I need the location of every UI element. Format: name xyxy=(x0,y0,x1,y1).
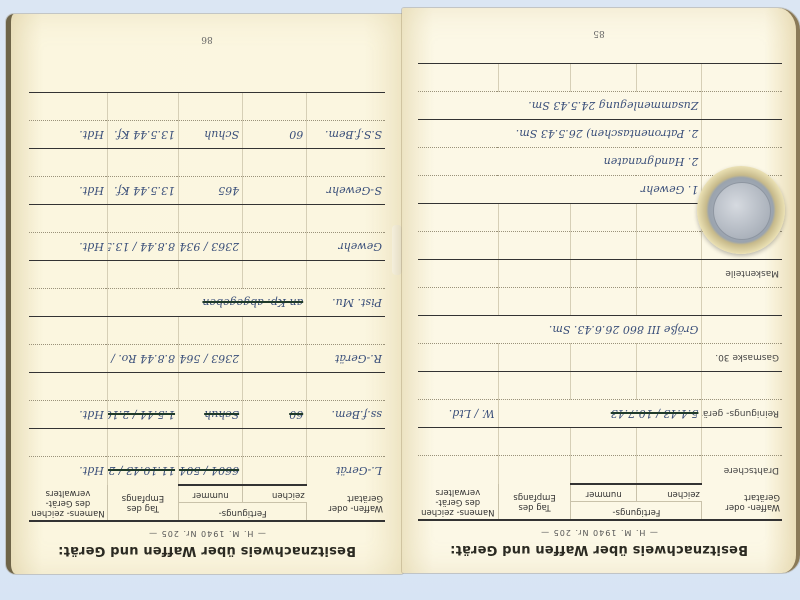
col-mark: zeichen xyxy=(243,485,307,503)
right-page: Besitznachweis über Waffen und Gerät: — … xyxy=(402,8,800,573)
cell-number: an Kp. abgegeben xyxy=(107,288,306,316)
cell-number: 6604 / 5040 xyxy=(179,456,243,485)
handwritten-note: 1. Gewehr xyxy=(418,175,702,203)
euro-coin xyxy=(697,166,785,254)
cell-weapon: Pist. Mu. xyxy=(307,288,385,316)
weapons-table: Waffen- oder Gerätart Fertigungs- Tag de… xyxy=(418,63,782,521)
row-label: Drahtschere xyxy=(702,455,782,484)
cell-note: W. / Ltd. xyxy=(418,399,498,427)
cell-received: 1.5.44 / 2.10.43 xyxy=(107,400,178,428)
cell-number: 465 xyxy=(179,176,243,204)
col-weapon: Waffen- oder Gerätart xyxy=(307,485,385,521)
cell-received: 8.8.44 / 13.5.44 Kf. xyxy=(107,232,178,260)
col-received: Tag des Empfangs xyxy=(498,484,571,520)
page-title: Besitznachweis über Waffen und Gerät: xyxy=(11,543,403,558)
col-received: Tag des Empfangs xyxy=(107,485,178,521)
form-reference: — H. M. 1940 Nr. 205 — xyxy=(11,529,403,538)
cell-number: 2363 / 9345 xyxy=(179,232,243,260)
form-reference: — H. M. 1940 Nr. 205 — xyxy=(402,528,796,537)
page-number: 85 xyxy=(402,28,796,38)
cell-weapon: S.S.f.Bem. xyxy=(307,120,385,148)
cell-signature: Hdt. xyxy=(29,120,107,148)
cell-received: 13.5.44 Kf. xyxy=(107,120,178,148)
col-signature: Namens- zeichen des Gerät- verwalters xyxy=(418,484,498,520)
handwritten-note: 2. Handgranaten xyxy=(418,147,702,175)
col-number: nummer xyxy=(179,485,243,503)
cell-number: Schuh xyxy=(179,400,243,428)
col-number: nummer xyxy=(571,484,637,502)
page-number: 86 xyxy=(11,34,403,44)
cell-mark: 60 xyxy=(243,120,307,148)
cell-weapon: L.-Gerät xyxy=(307,456,385,485)
handwritten-note: Zusammenlegung 24.5.43 Sm. xyxy=(418,91,702,119)
cell-received: 8.8.44 Ro. / 26.7.44 xyxy=(107,344,178,372)
row-label: Gasmaske 30. xyxy=(702,343,782,371)
cell-entry: Größe III 860 26.6.43. Sm. xyxy=(418,315,702,343)
cell-weapon: S-Gewehr xyxy=(307,176,385,204)
page-title: Besitznachweis über Waffen und Gerät: xyxy=(402,542,796,557)
cell-received: 13.5.44 Kf. xyxy=(107,176,178,204)
row-label: Maskenteile xyxy=(702,259,782,287)
cell-number: 2363 / 5643 xyxy=(179,344,243,372)
cell-weapon: R.-Gerät xyxy=(307,344,385,372)
col-mark: zeichen xyxy=(636,484,702,502)
cell-signature: Hdt. xyxy=(29,176,107,204)
cell-received: 11.10.43 / 2.10.43 xyxy=(107,456,178,485)
cell-weapon: Gewehr xyxy=(307,232,385,260)
coin-center xyxy=(713,182,771,240)
cell-mark: 60 xyxy=(243,400,307,428)
cell-entry: 5.4.43 / 10.7.43 xyxy=(498,399,702,427)
handwritten-note: 2. Patronentaschen) 26.5.43 Sm. xyxy=(418,119,702,147)
left-page: Besitznachweis über Waffen und Gerät: — … xyxy=(6,14,403,574)
open-booklet: Besitznachweis über Waffen und Gerät: — … xyxy=(0,0,800,600)
row-label: Reinigungs- gerät 34 xyxy=(702,399,782,427)
cell-signature: Hdt. xyxy=(29,400,107,428)
col-weapon: Waffen- oder Gerätart xyxy=(702,484,782,520)
cell-number: Schuh xyxy=(179,120,243,148)
cell-signature: Hdt. xyxy=(29,456,107,485)
weapons-table: Waffen- oder Gerätart Fertigungs- Tag de… xyxy=(29,92,385,522)
cell-weapon: ss.f.Bem. xyxy=(307,400,385,428)
col-manufacture: Fertigungs- xyxy=(179,503,307,521)
col-manufacture: Fertigungs- xyxy=(571,502,702,520)
gutter-tear xyxy=(392,225,402,275)
col-signature: Namens- zeichen des Gerät- verwalters xyxy=(29,485,107,521)
cell-signature: Hdt. xyxy=(29,232,107,260)
